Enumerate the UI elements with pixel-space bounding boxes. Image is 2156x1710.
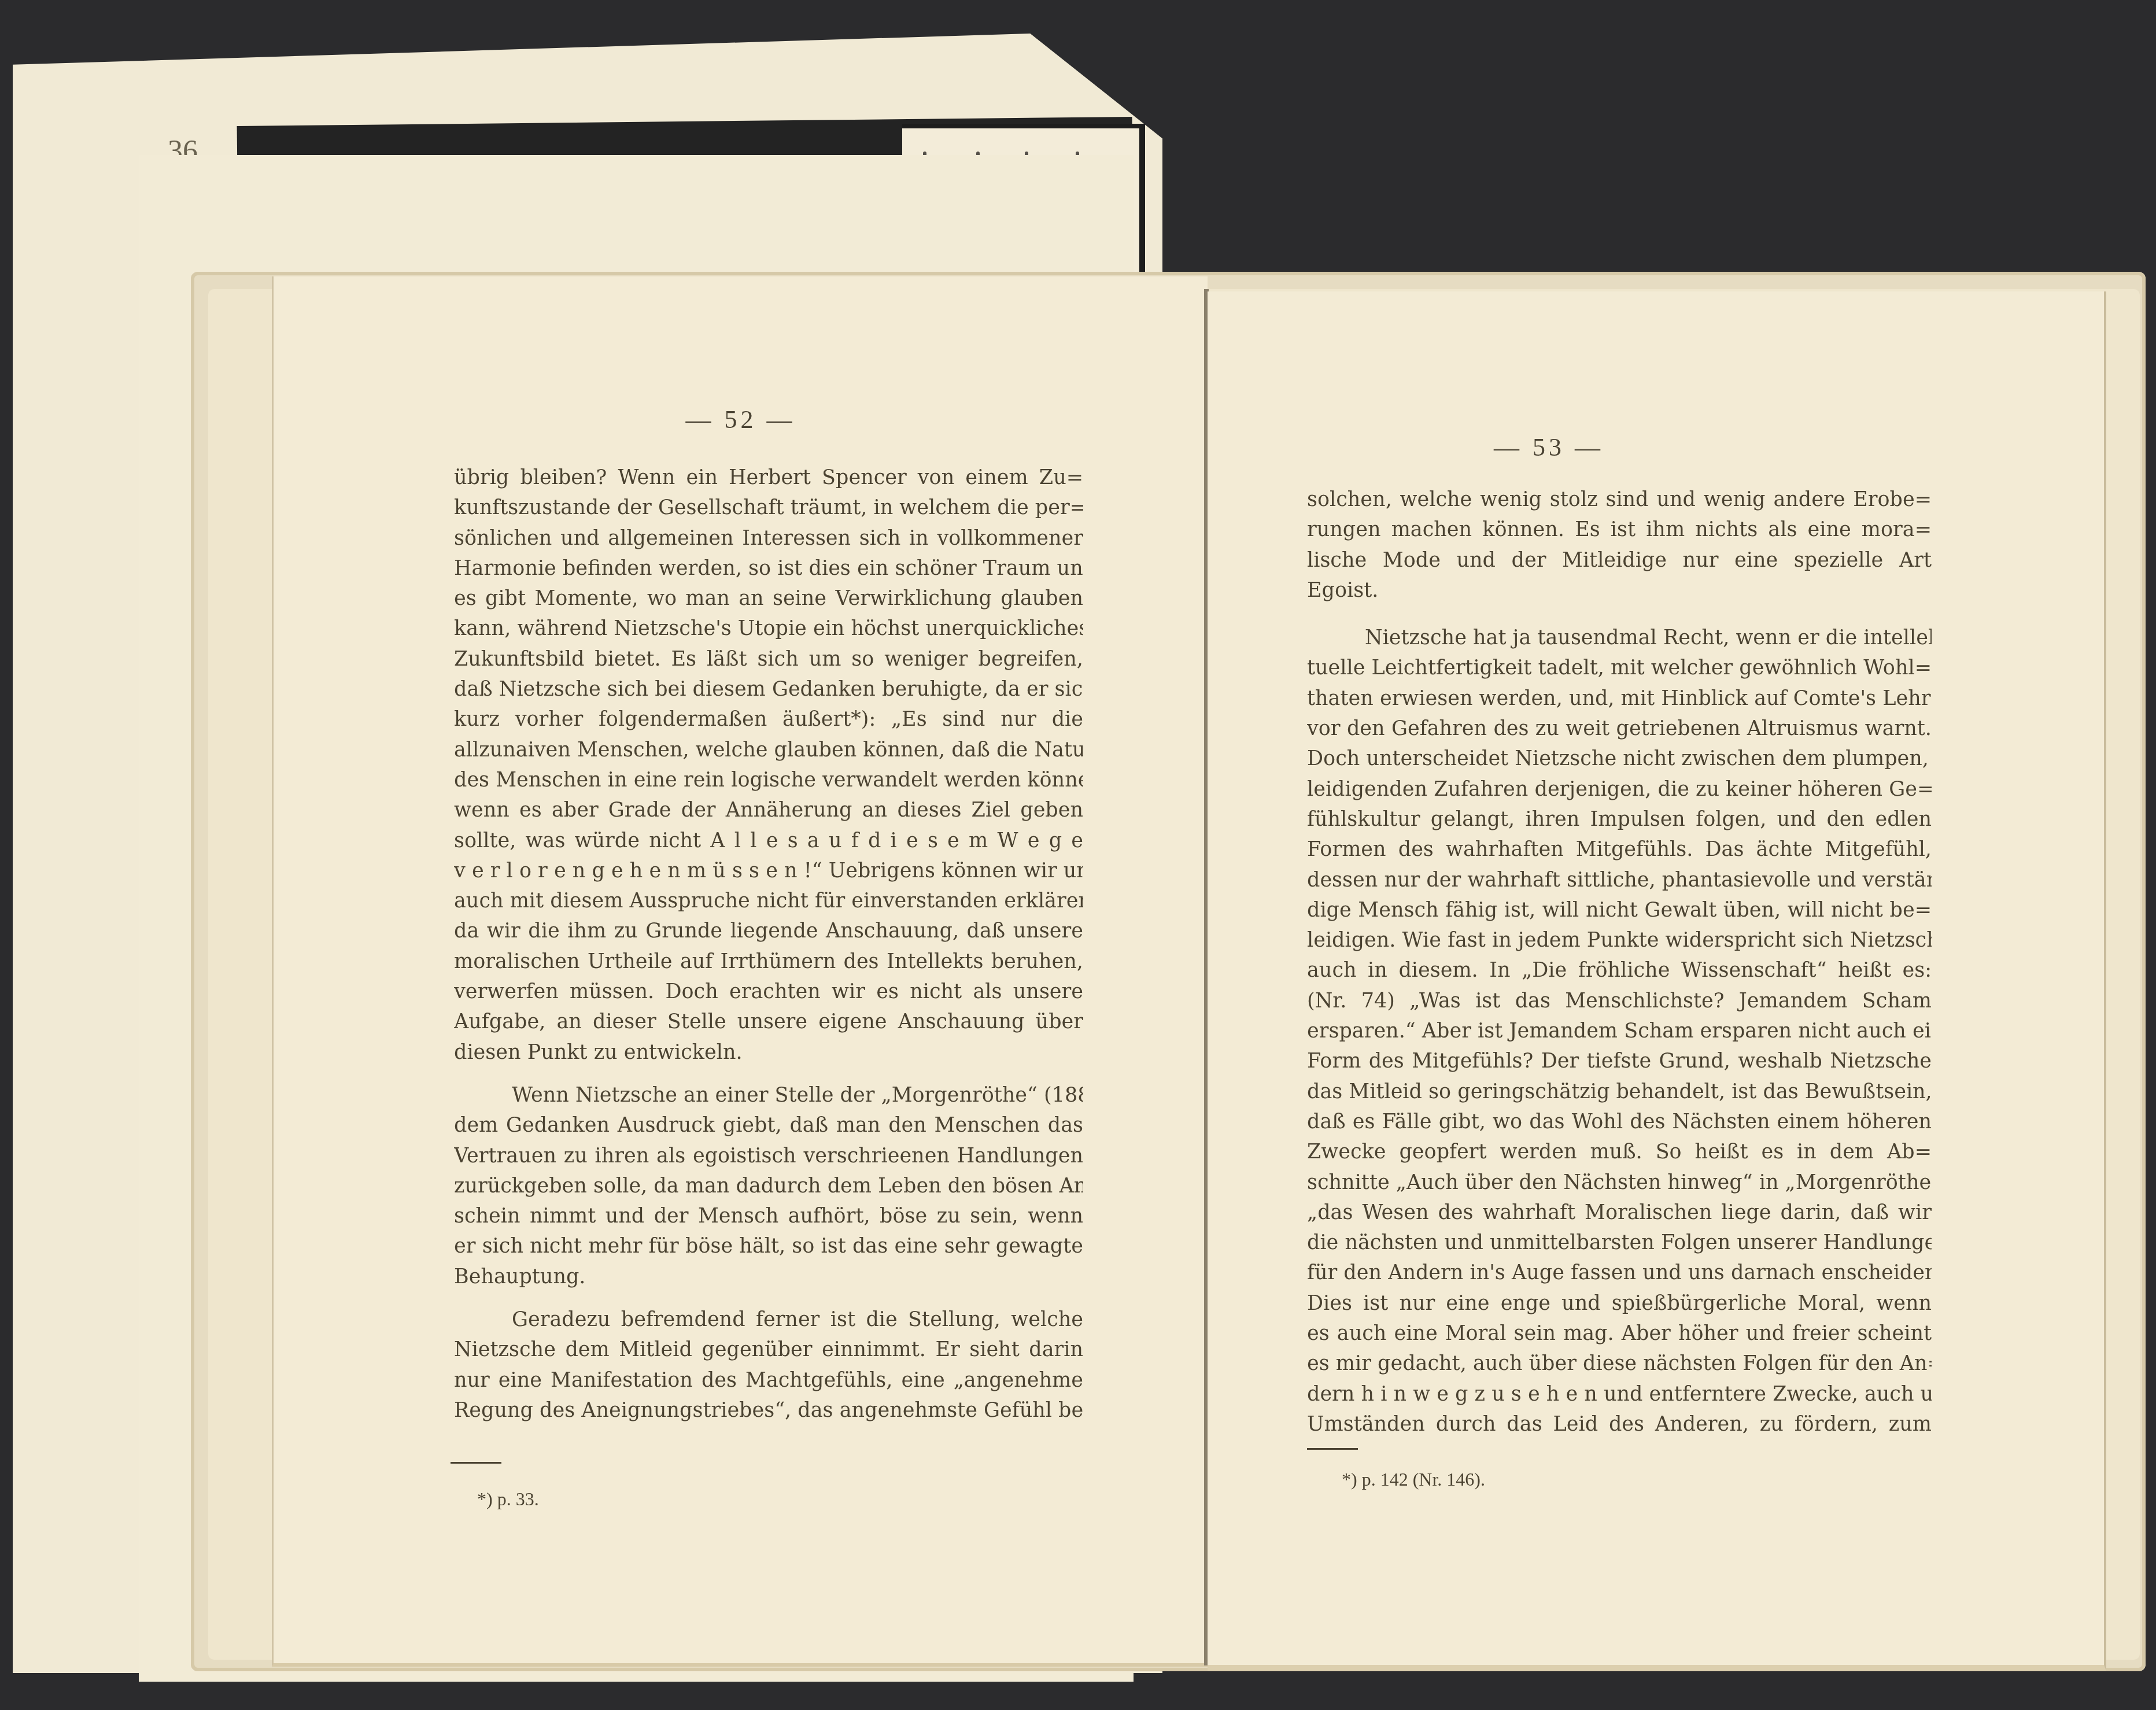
text-line: Regung des Aneignungstriebes“, das angen…: [454, 1395, 1083, 1425]
text-line: Zukunftsbild bietet. Es läßt sich um so …: [454, 644, 1083, 674]
text-line: schein nimmt und der Mensch aufhört, bös…: [454, 1201, 1083, 1231]
text-line: dern h i n w e g z u s e h e n und entfe…: [1307, 1379, 1932, 1409]
text-line: Behauptung.: [454, 1262, 1083, 1292]
text-line: für den Andern in's Auge fassen und uns …: [1307, 1258, 1932, 1288]
text-line: allzunaiven Menschen, welche glauben kön…: [454, 735, 1083, 765]
text-line: Nietzsche dem Mitleid gegenüber einnimmt…: [454, 1335, 1083, 1365]
text-line: zurückgeben solle, da man dadurch dem Le…: [454, 1171, 1083, 1201]
text-line: moralischen Urtheile auf Irrthümern des …: [454, 947, 1083, 977]
footnote-rule: [1307, 1448, 1358, 1450]
text-line: vor den Gefahren des zu weit getriebenen…: [1307, 714, 1932, 744]
text-line: schnitte „Auch über den Nächsten hinweg“…: [1307, 1168, 1932, 1198]
text-line: kurz vorher folgendermaßen äußert*): „Es…: [454, 704, 1083, 734]
text-line: Form des Mitgefühls? Der tiefste Grund, …: [1307, 1046, 1932, 1076]
text-line: leidigenden Zufahren derjenigen, die zu …: [1307, 774, 1932, 804]
text-line: sollte, was würde nicht A l l e s a u f …: [454, 826, 1083, 856]
text-line: solchen, welche wenig stolz sind und wen…: [1307, 485, 1932, 515]
text-line: verwerfen müssen. Doch erachten wir es n…: [454, 977, 1083, 1007]
text-line: auch in diesem. In „Die fröhliche Wissen…: [1307, 955, 1932, 985]
left-page-text: übrig bleiben? Wenn ein Herbert Spencer …: [454, 463, 1083, 1425]
text-line: dessen nur der wahrhaft sittliche, phant…: [1307, 865, 1932, 895]
text-line: er sich nicht mehr für böse hält, so ist…: [454, 1231, 1083, 1261]
text-line: tuelle Leichtfertigkeit tadelt, mit welc…: [1307, 653, 1932, 683]
text-line: Doch unterscheidet Nietzsche nicht zwisc…: [1307, 744, 1932, 774]
text-line: Nietzsche hat ja tausendmal Recht, wenn …: [1307, 623, 1932, 653]
text-line: lische Mode und der Mitleidige nur eine …: [1307, 545, 1932, 575]
text-line: Geradezu befremdend ferner ist die Stell…: [454, 1305, 1083, 1335]
text-line: Harmonie befinden werden, so ist dies ei…: [454, 553, 1083, 583]
text-line: kann, während Nietzsche's Utopie ein höc…: [454, 614, 1083, 644]
text-line: thaten erwiesen werden, und, mit Hinblic…: [1307, 684, 1932, 714]
text-line: Formen des wahrhaften Mitgefühls. Das äc…: [1307, 834, 1932, 865]
right-page-text: solchen, welche wenig stolz sind und wen…: [1307, 485, 1932, 1439]
text-line: nur eine Manifestation des Machtgefühls,…: [454, 1365, 1083, 1395]
text-line: Umständen durch das Leid des Anderen, zu…: [1307, 1409, 1932, 1439]
text-line: Aufgabe, an dieser Stelle unsere eigene …: [454, 1007, 1083, 1037]
text-line: auch mit diesem Ausspruche nicht für ein…: [454, 886, 1083, 916]
text-line: die nächsten und unmittelbarsten Folgen …: [1307, 1228, 1932, 1258]
text-line: da wir die ihm zu Grunde liegende Anscha…: [454, 916, 1083, 946]
text-line: Vertrauen zu ihren als egoistisch versch…: [454, 1141, 1083, 1171]
footnote: *) p. 33.: [477, 1489, 539, 1510]
text-line: sönlichen und allgemeinen Interessen sic…: [454, 523, 1083, 553]
left-page: — 52 — übrig bleiben? Wenn ein Herbert S…: [272, 276, 1208, 1667]
text-line: rungen machen können. Es ist ihm nichts …: [1307, 515, 1932, 545]
text-line: übrig bleiben? Wenn ein Herbert Spencer …: [454, 463, 1083, 493]
text-line: es auch eine Moral sein mag. Aber höher …: [1307, 1318, 1932, 1349]
right-page: — 53 — solchen, welche wenig stolz sind …: [1208, 291, 2106, 1671]
text-line: des Menschen in eine rein logische verwa…: [454, 765, 1083, 795]
text-line: dem Gedanken Ausdruck giebt, daß man den…: [454, 1110, 1083, 1140]
text-line: fühlskultur gelangt, ihren Impulsen folg…: [1307, 804, 1932, 834]
text-line: das Mitleid so geringschätzig behandelt,…: [1307, 1077, 1932, 1107]
text-line: leidigen. Wie fast in jedem Punkte wider…: [1307, 925, 1932, 955]
page-number-53: — 53 —: [1208, 433, 1890, 462]
footnote: *) p. 142 (Nr. 146).: [1342, 1469, 1485, 1490]
text-line: wenn es aber Grade der Annäherung an die…: [454, 795, 1083, 825]
text-line: Dies ist nur eine enge und spießbürgerli…: [1307, 1288, 1932, 1318]
text-line: daß es Fälle gibt, wo das Wohl des Nächs…: [1307, 1107, 1932, 1137]
footnote-rule: [451, 1462, 501, 1464]
page-number-52: — 52 —: [274, 405, 1208, 434]
text-line: es mir gedacht, auch über diese nächsten…: [1307, 1349, 1932, 1379]
text-line: diesen Punkt zu entwickeln.: [454, 1037, 1083, 1068]
text-line: v e r l o r e n g e h e n m ü s s e n !“…: [454, 856, 1083, 886]
text-line: es gibt Momente, wo man an seine Verwirk…: [454, 583, 1083, 614]
text-line: kunftszustande der Gesellschaft träumt, …: [454, 493, 1083, 523]
text-line: (Nr. 74) „Was ist das Menschlichste? Jem…: [1307, 986, 1932, 1016]
text-line: Wenn Nietzsche an einer Stelle der „Morg…: [454, 1080, 1083, 1110]
text-line: Egoist.: [1307, 575, 1932, 605]
text-line: ersparen.“ Aber ist Jemandem Scham erspa…: [1307, 1016, 1932, 1046]
text-line: daß Nietzsche sich bei diesem Gedanken b…: [454, 674, 1083, 704]
text-line: „das Wesen des wahrhaft Moralischen lieg…: [1307, 1198, 1932, 1228]
text-line: dige Mensch fähig ist, will nicht Gewalt…: [1307, 895, 1932, 925]
text-line: Zwecke geopfert werden muß. So heißt es …: [1307, 1137, 1932, 1167]
